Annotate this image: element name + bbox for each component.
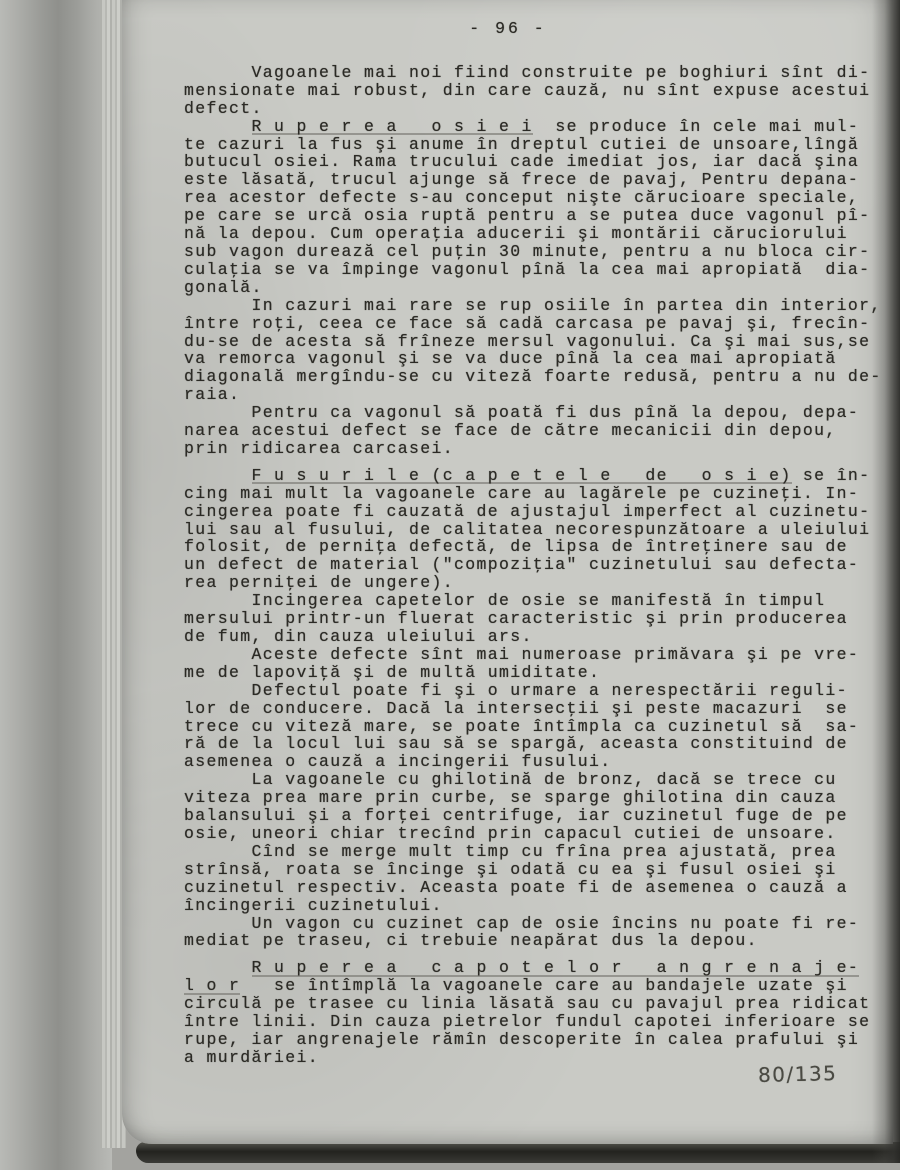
text-line: prin ridicarea carcasei.: [184, 440, 884, 458]
text-line: R u p e r e a o s i e i se produce în ce…: [184, 118, 884, 136]
text-line: Incingerea capetelor de osie se manifest…: [184, 592, 884, 610]
paragraph: R u p e r e a c a p o t e l o r a n g r …: [184, 959, 884, 1066]
paragraph: La vagoanele cu ghilotină de bronz, dacă…: [184, 771, 884, 843]
text-line: pe care se urcă osia ruptă pentru a se p…: [184, 207, 884, 225]
text-line: un defect de material ("compoziţia" cuzi…: [184, 556, 884, 574]
page-number-header: - 96 -: [158, 20, 858, 38]
text-line: Defectul poate fi şi o urmare a nerespec…: [184, 682, 884, 700]
text-line: osie, uneori chiar trecînd prin capacul …: [184, 825, 884, 843]
text-line: mediat pe traseu, ci trebuie neapărat du…: [184, 932, 884, 950]
text-line: butucul osiei. Rama trucului cade imedia…: [184, 153, 884, 171]
text-line: Un vagon cu cuzinet cap de osie încins n…: [184, 915, 884, 933]
paragraph: F u s u r i l e (c a p e t e l e de o s …: [184, 467, 884, 592]
paragraph: Un vagon cu cuzinet cap de osie încins n…: [184, 915, 884, 951]
text-line: încingerii cuzinetului.: [184, 897, 884, 915]
text-line: strînsă, roata se încinge şi odată cu ea…: [184, 861, 884, 879]
text-line: Vagoanele mai noi fiind construite pe bo…: [184, 64, 884, 82]
text-line: R u p e r e a c a p o t e l o r a n g r …: [184, 959, 884, 977]
text-line: cingerea poate fi cauzată de ajustajul i…: [184, 503, 884, 521]
paragraph: Aceste defecte sînt mai numeroase primăv…: [184, 646, 884, 682]
scanned-book-page: - 96 - Vagoanele mai noi fiind construit…: [0, 0, 900, 1170]
text-line: viteza prea mare prin curbe, se sparge g…: [184, 789, 884, 807]
text-line: trece cu viteză mare, se poate întîmpla …: [184, 718, 884, 736]
text-line: diagonală mergîndu-se cu viteză foarte r…: [184, 368, 884, 386]
text-line: Cînd se merge mult timp cu frîna prea aj…: [184, 843, 884, 861]
text-line: lui sau al fusului, de calitatea necores…: [184, 521, 884, 539]
text-line: lor de conducere. Dacă la intersecţii şi…: [184, 700, 884, 718]
text-line: circulă pe trasee cu linia lăsată sau cu…: [184, 995, 884, 1013]
book-spine-shadow: [0, 0, 112, 1170]
text-line: La vagoanele cu ghilotină de bronz, dacă…: [184, 771, 884, 789]
text-line: va remorca vagonul şi se va duce pînă la…: [184, 350, 884, 368]
text-line: te cazuri la fus şi anume în dreptul cut…: [184, 136, 884, 154]
text-line: gonală.: [184, 279, 884, 297]
paragraph: R u p e r e a o s i e i se produce în ce…: [184, 118, 884, 297]
paragraph: Incingerea capetelor de osie se manifest…: [184, 592, 884, 646]
text-line: defect.: [184, 100, 884, 118]
text-line: cing mai mult la vagoanele care au lagăr…: [184, 485, 884, 503]
text-line: F u s u r i l e (c a p e t e l e de o s …: [184, 467, 884, 485]
paragraph: Vagoanele mai noi fiind construite pe bo…: [184, 64, 884, 118]
text-line: balansului şi a forţei centrifuge, iar c…: [184, 807, 884, 825]
text-line: culaţia se va împinge vagonul pînă la ce…: [184, 261, 884, 279]
text-line: între linii. Din cauza pietrelor fundul …: [184, 1013, 884, 1031]
paragraphs-container: Vagoanele mai noi fiind construite pe bo…: [184, 64, 884, 1067]
text-line: ră de la locul lui sau să se spargă, ace…: [184, 735, 884, 753]
text-line: me de lapoviţă şi de multă umiditate.: [184, 664, 884, 682]
text-line: du-se de acesta să frîneze mersul vagonu…: [184, 333, 884, 351]
text-line: mersului printr-un fluerat caracteristic…: [184, 610, 884, 628]
text-line: rupe, iar angrenajele rămîn descoperite …: [184, 1031, 884, 1049]
text-line: rea acestor defecte s-au conceput nişte …: [184, 189, 884, 207]
text-line: folosit, de perniţa defectă, de lipsa de…: [184, 538, 884, 556]
text-line: raia.: [184, 386, 884, 404]
text-line: Pentru ca vagonul să poată fi dus pînă l…: [184, 404, 884, 422]
text-line: l o r se întîmplă la vagoanele care au b…: [184, 977, 884, 995]
text-line: nă la depou. Cum operaţia aducerii şi mo…: [184, 225, 884, 243]
paragraph: Defectul poate fi şi o urmare a nerespec…: [184, 682, 884, 772]
text-line: între roţi, ceea ce face să cadă carcasa…: [184, 315, 884, 333]
paragraph: Pentru ca vagonul să poată fi dus pînă l…: [184, 404, 884, 458]
pencil-underlined-heading: l o r: [184, 976, 240, 995]
page-footer-annotation: 80/135: [758, 1061, 838, 1087]
typewritten-text: - 96 - Vagoanele mai noi fiind construit…: [184, 20, 884, 1067]
book-bottom-edge: [136, 1142, 900, 1163]
text-line: de fum, din cauza uleiului ars.: [184, 628, 884, 646]
text-line: este lăsată, trucul ajunge să frece de p…: [184, 171, 884, 189]
pencil-underlined-heading: F u s u r i l e (c a p e t e l e de o s …: [252, 466, 792, 485]
text-line: Aceste defecte sînt mai numeroase primăv…: [184, 646, 884, 664]
page-right-shadow: [872, 0, 900, 1163]
pencil-underlined-heading: R u p e r e a c a p o t e l o r a n g r …: [252, 958, 860, 977]
paragraph: In cazuri mai rare se rup osiile în part…: [184, 297, 884, 404]
text-line: In cazuri mai rare se rup osiile în part…: [184, 297, 884, 315]
text-line: rea perniţei de ungere).: [184, 574, 884, 592]
text-line: sub vagon durează cel puţin 30 minute, p…: [184, 243, 884, 261]
text-line: cuzinetul respectiv. Aceasta poate fi de…: [184, 879, 884, 897]
text-line: mensionate mai robust, din care cauză, n…: [184, 82, 884, 100]
paper-page: - 96 - Vagoanele mai noi fiind construit…: [122, 0, 893, 1144]
text-line: narea acestui defect se face de către me…: [184, 422, 884, 440]
paragraph: Cînd se merge mult timp cu frîna prea aj…: [184, 843, 884, 915]
pencil-underlined-heading: R u p e r e a o s i e i: [252, 117, 533, 136]
text-line: asemenea o cauză a incingerii fusului.: [184, 753, 884, 771]
